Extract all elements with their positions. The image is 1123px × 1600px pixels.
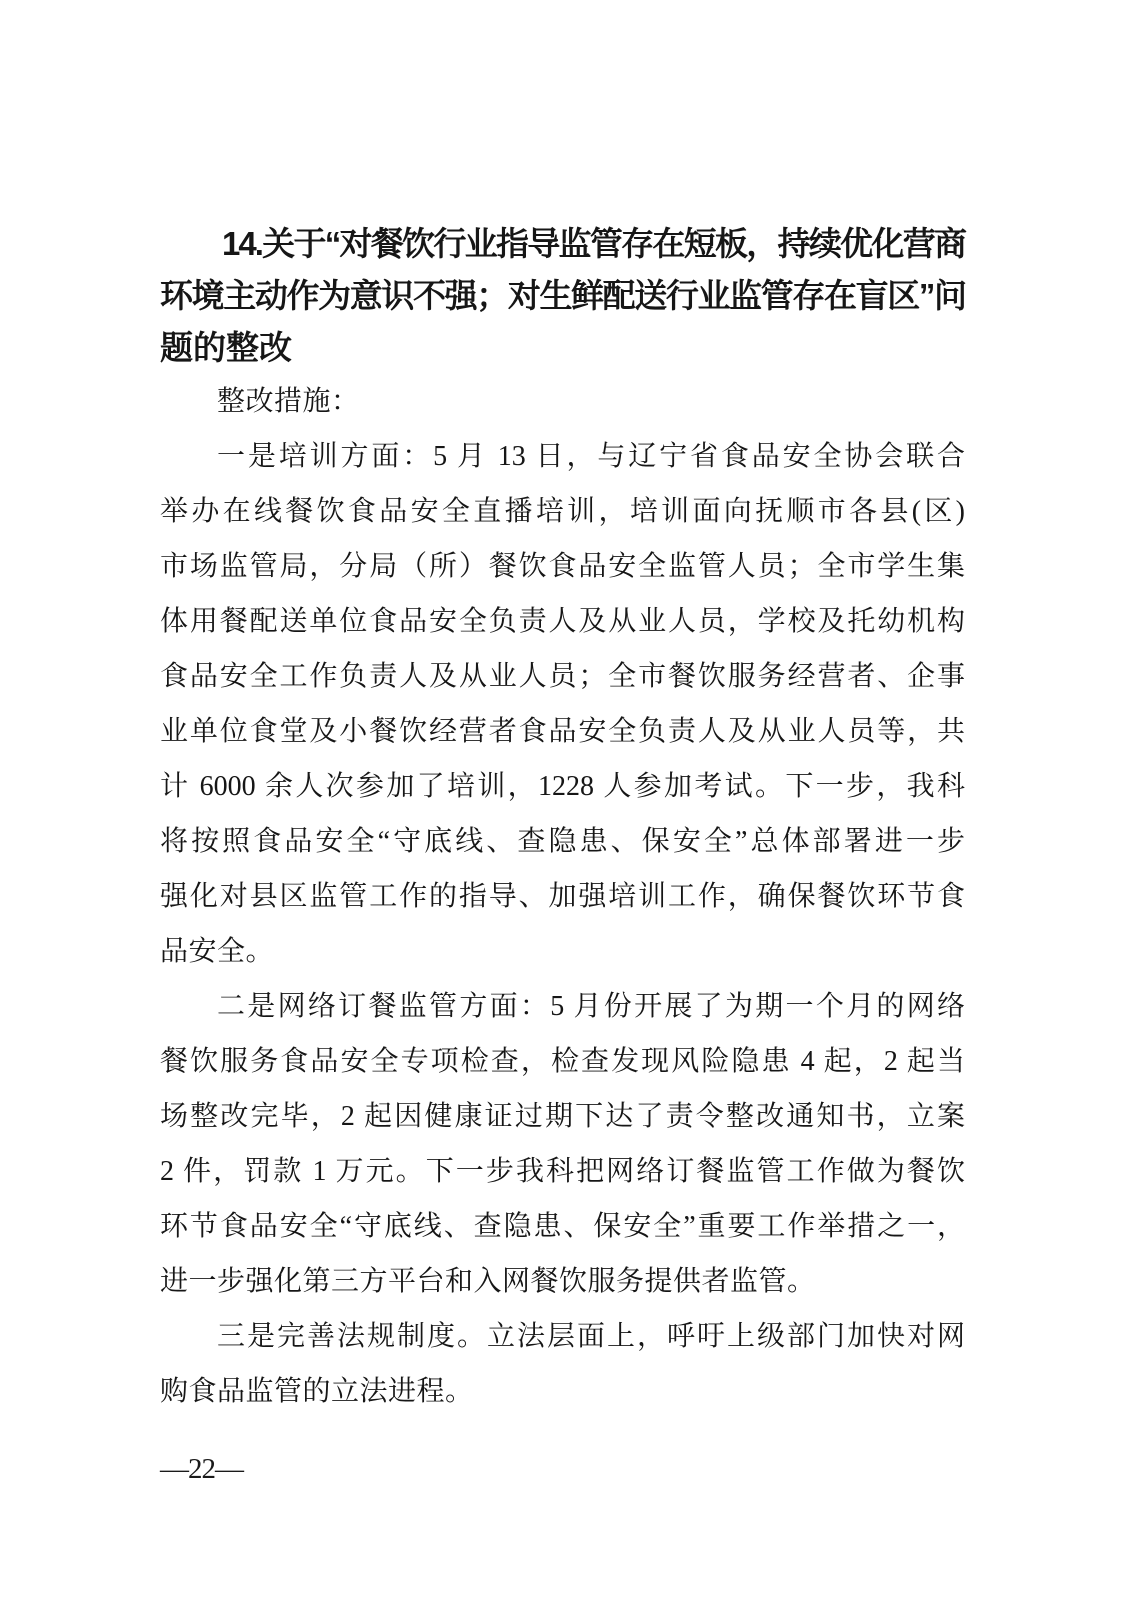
paragraph-1-line: 体用餐配送单位食品安全负责人及从业人员，学校及托幼机构 bbox=[160, 594, 965, 649]
paragraph-measures-label: 整改措施： bbox=[160, 374, 965, 429]
paragraph-1-line: 一是培训方面：5 月 13 日，与辽宁省食品安全协会联合 bbox=[160, 429, 965, 484]
heading-line-3: 题的整改 bbox=[160, 322, 965, 374]
document-content: 14.关于“对餐饮行业指导监管存在短板，持续优化营商 环境主动作为意识不强；对生… bbox=[160, 218, 965, 1419]
paragraph-2-line: 餐饮服务食品安全专项检查，检查发现风险隐患 4 起，2 起当 bbox=[160, 1034, 965, 1089]
paragraph-1-line: 强化对县区监管工作的指导、加强培训工作，确保餐饮环节食 bbox=[160, 869, 965, 924]
paragraph-1-line: 市场监管局，分局（所）餐饮食品安全监管人员；全市学生集 bbox=[160, 539, 965, 594]
paragraph-1-line: 计 6000 余人次参加了培训，1228 人参加考试。下一步，我科 bbox=[160, 759, 965, 814]
heading-line-1: 14.关于“对餐饮行业指导监管存在短板，持续优化营商 bbox=[160, 218, 965, 270]
paragraph-3-line: 三是完善法规制度。立法层面上，呼吁上级部门加快对网 bbox=[160, 1309, 965, 1364]
paragraph-2-line: 场整改完毕，2 起因健康证过期下达了责令整改通知书，立案 bbox=[160, 1089, 965, 1144]
paragraph-1-line: 食品安全工作负责人及从业人员；全市餐饮服务经营者、企事 bbox=[160, 649, 965, 704]
page-number: —22— bbox=[160, 1452, 243, 1486]
paragraph-2-line: 二是网络订餐监管方面：5 月份开展了为期一个月的网络 bbox=[160, 979, 965, 1034]
document-page: 14.关于“对餐饮行业指导监管存在短板，持续优化营商 环境主动作为意识不强；对生… bbox=[0, 0, 1123, 1600]
paragraph-1-line: 品安全。 bbox=[160, 924, 965, 979]
paragraph-1-line: 举办在线餐饮食品安全直播培训，培训面向抚顺市各县(区) bbox=[160, 484, 965, 539]
paragraph-2-line: 2 件，罚款 1 万元。下一步我科把网络订餐监管工作做为餐饮 bbox=[160, 1144, 965, 1199]
paragraph-3-line: 购食品监管的立法进程。 bbox=[160, 1364, 965, 1419]
paragraph-2-line: 进一步强化第三方平台和入网餐饮服务提供者监管。 bbox=[160, 1254, 965, 1309]
heading-line-2: 环境主动作为意识不强；对生鲜配送行业监管存在盲区”问 bbox=[160, 270, 965, 322]
paragraph-1-line: 将按照食品安全“守底线、查隐患、保安全”总体部署进一步 bbox=[160, 814, 965, 869]
paragraph-2-line: 环节食品安全“守底线、查隐患、保安全”重要工作举措之一， bbox=[160, 1199, 965, 1254]
paragraph-1-line: 业单位食堂及小餐饮经营者食品安全负责人及从业人员等，共 bbox=[160, 704, 965, 759]
